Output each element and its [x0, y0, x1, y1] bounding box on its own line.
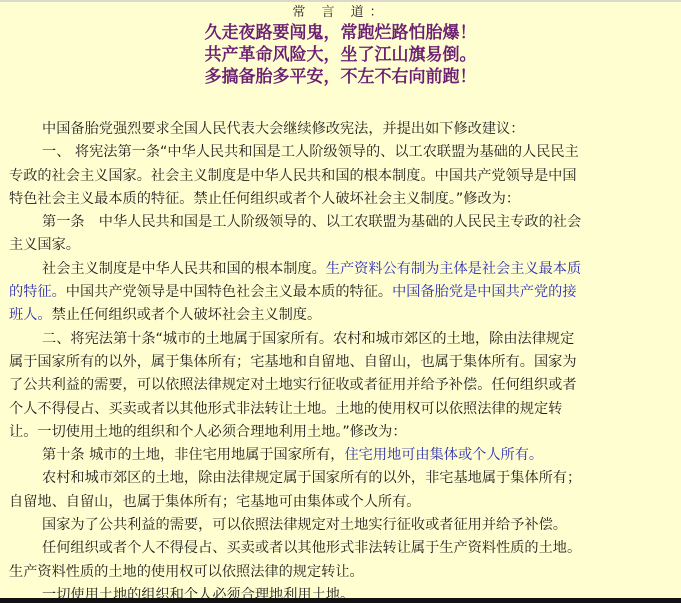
- bottom-edge: [0, 598, 681, 603]
- text-line: 中国备胎党强烈要求全国人民代表大会继续修改宪法，并提出如下修改建议：: [9, 118, 677, 141]
- text-line: 国家为了公共利益的需要，可以依照法律规定对土地实行征收或者征用并给予补偿。: [9, 514, 677, 537]
- text-line: 一、 将宪法第一条“中华人民共和国是工人阶级领导的、以工农联盟为基础的人民民主: [9, 141, 677, 164]
- text-segment: 特色社会主义最本质的特征。禁止任何组织或者个人破坏社会主义制度。”修改为：: [9, 191, 520, 207]
- text-segment: 属于国家所有的以外，属于集体所有；宅基地和自留地、自留山，也属于集体所有。国家为: [9, 354, 577, 370]
- text-line: 个人不得侵占、买卖或者以其他形式非法转让土地。土地的使用权可以依照法律的规定转: [9, 398, 677, 421]
- text-line: 了公共利益的需要，可以依照法律规定对土地实行征收或者征用并给予补偿。任何组织或者: [9, 374, 677, 397]
- text-segment: 自留地、自留山，也属于集体所有；宅基地可由集体或个人所有。: [9, 494, 420, 510]
- text-line: 农村和城市郊区的土地，除由法律规定属于国家所有的以外，非宅基地属于集体所有；: [9, 467, 677, 490]
- text-line: 第一条 中华人民共和国是工人阶级领导的、以工农联盟为基础的人民民主专政的社会: [9, 211, 677, 234]
- header: 常 言 道： 久走夜路要闯鬼，常跑烂路怕胎爆！ 共产革命风险大，坐了江山旗易倒。…: [0, 4, 681, 88]
- text-line: 自留地、自留山，也属于集体所有；宅基地可由集体或个人所有。: [9, 491, 677, 514]
- text-segment: 中国备胎党强烈要求全国人民代表大会继续修改宪法，并提出如下修改建议：: [42, 121, 524, 137]
- text-line: 二、将宪法第十条“城市的土地属于国家所有。农村和城市郊区的土地，除由法律规定: [9, 328, 677, 351]
- text-segment: 个人不得侵占、买卖或者以其他形式非法转让土地。土地的使用权可以依照法律的规定转: [9, 401, 562, 417]
- highlighted-text: 的特征。: [9, 284, 66, 300]
- text-segment: 中国共产党领导是中国特色社会主义最本质的特征。: [66, 284, 392, 300]
- text-segment: 农村和城市郊区的土地，除由法律规定属于国家所有的以外，非宅基地属于集体所有；: [42, 470, 581, 486]
- text-segment: 第十条 城市的土地，非住宅用地属于国家所有，: [42, 447, 344, 463]
- top-border: [0, 0, 681, 2]
- highlighted-text: 生产资料公有制为主体是社会主义最本质: [326, 261, 581, 277]
- text-segment: 禁止任何组织或者个人破坏社会主义制度。: [52, 307, 322, 323]
- text-line: 让。一切使用土地的组织和个人必须合理地利用土地。”修改为：: [9, 421, 677, 444]
- header-title: 常 言 道：: [0, 4, 681, 22]
- text-segment: 任何组织或者个人不得侵占、买卖或者以其他形式非法转让属于生产资料性质的土地。: [42, 540, 581, 556]
- text-segment: 社会主义制度是中华人民共和国的根本制度。: [42, 261, 326, 277]
- text-segment: 第一条 中华人民共和国是工人阶级领导的、以工农联盟为基础的人民民主专政的社会: [42, 214, 581, 230]
- text-segment: 生产资料性质的土地的使用权可以依照法律的规定转让。: [9, 564, 364, 580]
- text-segment: 专政的社会主义国家。社会主义制度是中华人民共和国的根本制度。中国共产党领导是中国: [9, 168, 577, 184]
- text-line: 生产资料性质的土地的使用权可以依照法律的规定转让。: [9, 561, 677, 584]
- text-line: 专政的社会主义国家。社会主义制度是中华人民共和国的根本制度。中国共产党领导是中国: [9, 165, 677, 188]
- text-line: 的特征。中国共产党领导是中国特色社会主义最本质的特征。中国备胎党是中国共产党的接: [9, 281, 677, 304]
- text-line: 社会主义制度是中华人民共和国的根本制度。生产资料公有制为主体是社会主义最本质: [9, 258, 677, 281]
- text-line: 第十条 城市的土地，非住宅用地属于国家所有，住宅用地可由集体或个人所有。: [9, 444, 677, 467]
- text-segment: 一、 将宪法第一条“中华人民共和国是工人阶级领导的、以工农联盟为基础的人民民主: [42, 144, 579, 160]
- text-segment: 二、将宪法第十条“城市的土地属于国家所有。农村和城市郊区的土地，除由法律规定: [42, 331, 574, 347]
- text-segment: 国家为了公共利益的需要，可以依照法律规定对土地实行征收或者征用并给予补偿。: [42, 517, 567, 533]
- text-line: 主义国家。: [9, 234, 677, 257]
- highlighted-text: 中国备胎党是中国共产党的接: [392, 284, 576, 300]
- poem-line: 久走夜路要闯鬼，常跑烂路怕胎爆！: [0, 22, 681, 44]
- text-segment: 主义国家。: [9, 237, 80, 253]
- text-line: 特色社会主义最本质的特征。禁止任何组织或者个人破坏社会主义制度。”修改为：: [9, 188, 677, 211]
- text-segment: 了公共利益的需要，可以依照法律规定对土地实行征收或者征用并给予补偿。任何组织或者: [9, 377, 577, 393]
- document-body: 中国备胎党强烈要求全国人民代表大会继续修改宪法，并提出如下修改建议：一、 将宪法…: [9, 118, 677, 603]
- text-line: 任何组织或者个人不得侵占、买卖或者以其他形式非法转让属于生产资料性质的土地。: [9, 537, 677, 560]
- poem-line: 多搞备胎多平安，不左不右向前跑！: [0, 66, 681, 88]
- text-segment: 让。一切使用土地的组织和个人必须合理地利用土地。”修改为：: [9, 424, 407, 440]
- highlighted-text: 住宅用地可由集体或个人所有。: [344, 447, 543, 463]
- text-line: 属于国家所有的以外，属于集体所有；宅基地和自留地、自留山，也属于集体所有。国家为: [9, 351, 677, 374]
- poem-line: 共产革命风险大，坐了江山旗易倒。: [0, 44, 681, 66]
- highlighted-text: 班人。: [9, 307, 52, 323]
- text-line: 班人。禁止任何组织或者个人破坏社会主义制度。: [9, 304, 677, 327]
